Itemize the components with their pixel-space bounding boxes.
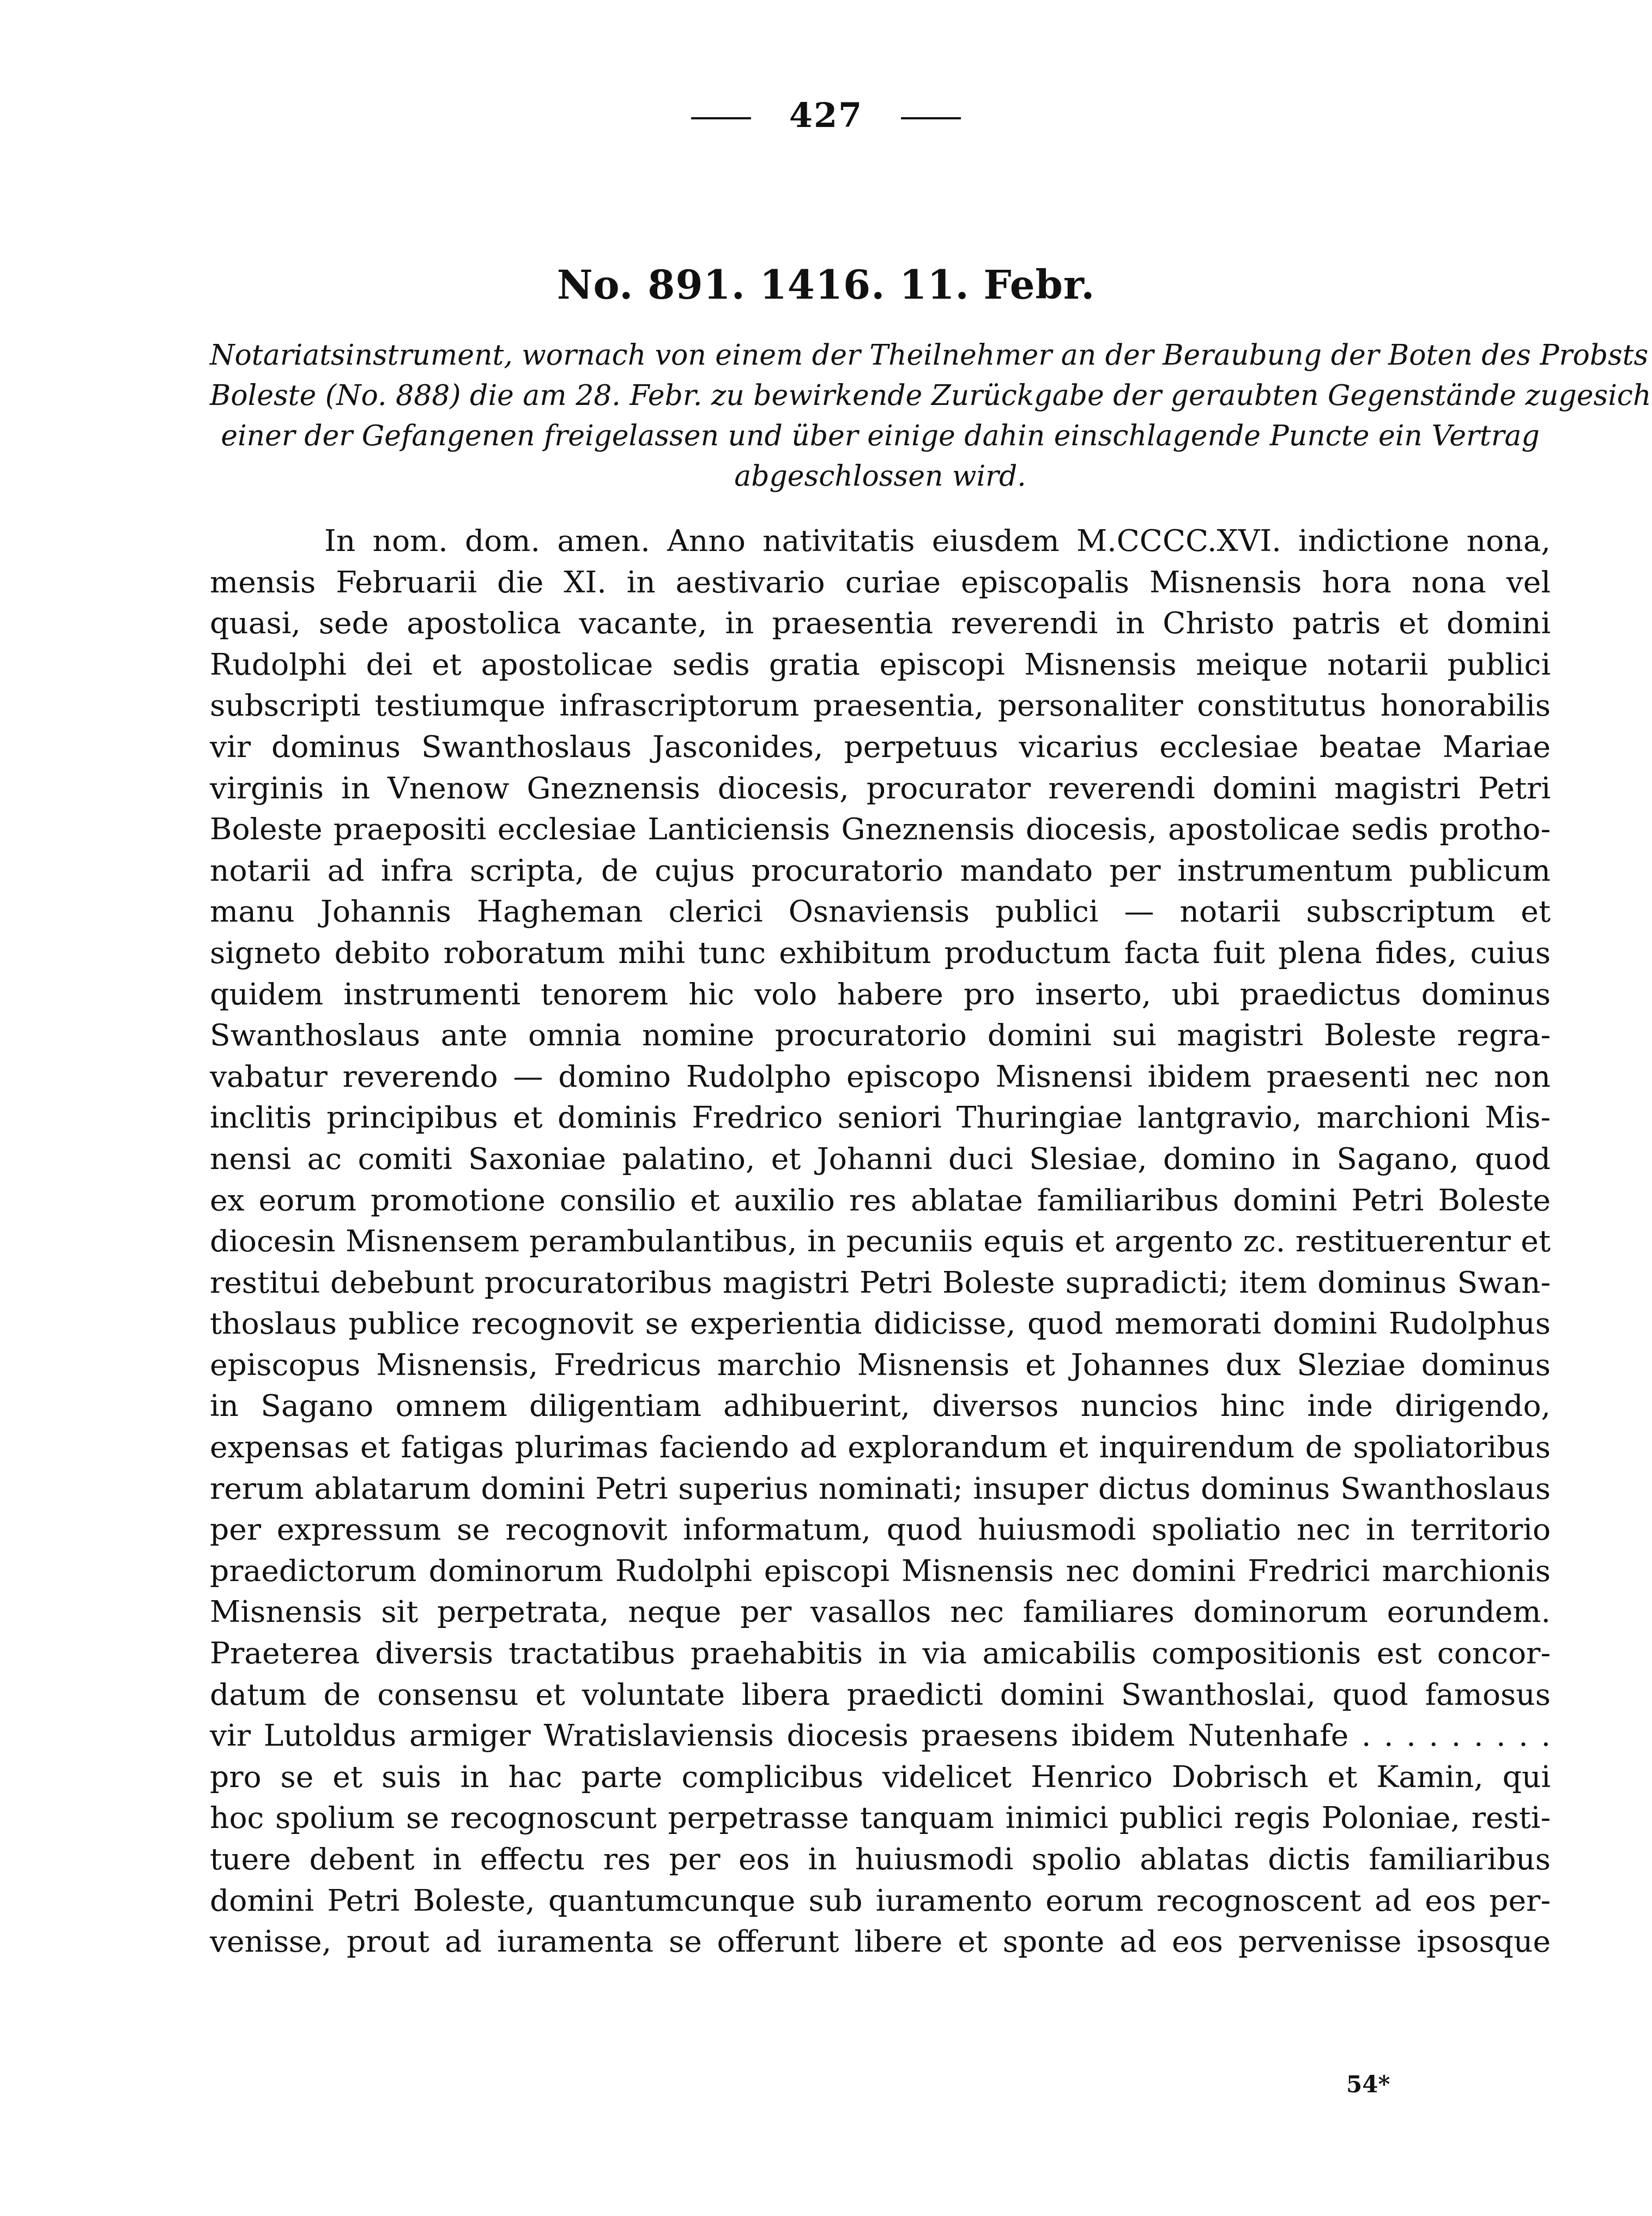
body-line: mensis Februarii die XI. in aestivario c… (210, 562, 1551, 603)
decorative-dash-left (691, 117, 751, 119)
body-line: praedictorum dominorum Rudolphi episcopi… (210, 1551, 1551, 1592)
body-line: in Sagano omnem diligentiam adhibuerint,… (210, 1385, 1551, 1427)
body-line: subscripti testiumque infrascriptorum pr… (210, 685, 1551, 726)
body-line: inclitis principibus et dominis Fredrico… (210, 1097, 1551, 1139)
body-line: Boleste praepositi ecclesiae Lanticiensi… (210, 809, 1551, 850)
body-line: Praeterea diversis tractatibus praehabit… (210, 1633, 1551, 1674)
regest-line: Boleste (No. 888) die am 28. Febr. zu be… (210, 376, 1551, 416)
body-line: Misnensis sit perpetrata, neque per vasa… (210, 1591, 1551, 1633)
body-line: vir Lutoldus armiger Wratislaviensis dio… (210, 1715, 1551, 1757)
body-line: nensi ac comiti Saxoniae palatino, et Jo… (210, 1139, 1551, 1180)
body-line: quasi, sede apostolica vacante, in praes… (210, 603, 1551, 644)
body-line: virginis in Vnenow Gneznensis diocesis, … (210, 768, 1551, 809)
sheet-signature-mark: 54* (1346, 2071, 1390, 2098)
body-line: ex eorum promotione consilio et auxilio … (210, 1180, 1551, 1221)
page-number-header: 427 (0, 95, 1652, 135)
body-line: per expressum se recognovit informatum, … (210, 1509, 1551, 1551)
regest-line: abgeschlossen wird. (210, 456, 1551, 497)
body-line: domini Petri Boleste, quantumcunque sub … (210, 1880, 1551, 1922)
body-line: Swanthoslaus ante omnia nomine procurato… (210, 1015, 1551, 1056)
regest-summary: Notariatsinstrument, wornach von einem d… (210, 335, 1551, 497)
body-line: expensas et fatigas plurimas faciendo ad… (210, 1427, 1551, 1468)
body-line: vabatur reverendo — domino Rudolpho epis… (210, 1056, 1551, 1098)
charter-body-text: In nom. dom. amen. Anno nativitatis eius… (210, 520, 1551, 1963)
body-line: venisse, prout ad iuramenta se offerunt … (210, 1921, 1551, 1963)
decorative-dash-right (901, 117, 961, 119)
body-line: datum de consensu et voluntate libera pr… (210, 1674, 1551, 1716)
body-line: tuere debent in effectu res per eos in h… (210, 1839, 1551, 1880)
regest-line: Notariatsinstrument, wornach von einem d… (210, 335, 1551, 376)
document-title: No. 891. 1416. 11. Febr. (0, 262, 1652, 308)
body-line: episcopus Misnensis, Fredricus marchio M… (210, 1345, 1551, 1386)
body-line: quidem instrumenti tenorem hic volo habe… (210, 974, 1551, 1015)
regest-line: einer der Gefangenen freigelassen und üb… (210, 416, 1551, 456)
page-number: 427 (789, 95, 863, 135)
body-line: notarii ad infra scripta, de cujus procu… (210, 850, 1551, 892)
body-line: manu Johannis Hagheman clerici Osnaviens… (210, 891, 1551, 933)
body-line: signeto debito roboratum mihi tunc exhib… (210, 933, 1551, 974)
body-line: restitui debebunt procuratoribus magistr… (210, 1262, 1551, 1304)
body-line: hoc spolium se recognoscunt perpetrasse … (210, 1797, 1551, 1839)
body-line: pro se et suis in hac parte complicibus … (210, 1757, 1551, 1798)
body-line: vir dominus Swanthoslaus Jasconides, per… (210, 726, 1551, 768)
body-line: In nom. dom. amen. Anno nativitatis eius… (210, 520, 1551, 562)
body-line: thoslaus publice recognovit se experient… (210, 1303, 1551, 1345)
body-line: Rudolphi dei et apostolicae sedis gratia… (210, 644, 1551, 686)
body-line: diocesin Misnensem perambulantibus, in p… (210, 1221, 1551, 1262)
body-line: rerum ablatarum domini Petri superius no… (210, 1468, 1551, 1510)
